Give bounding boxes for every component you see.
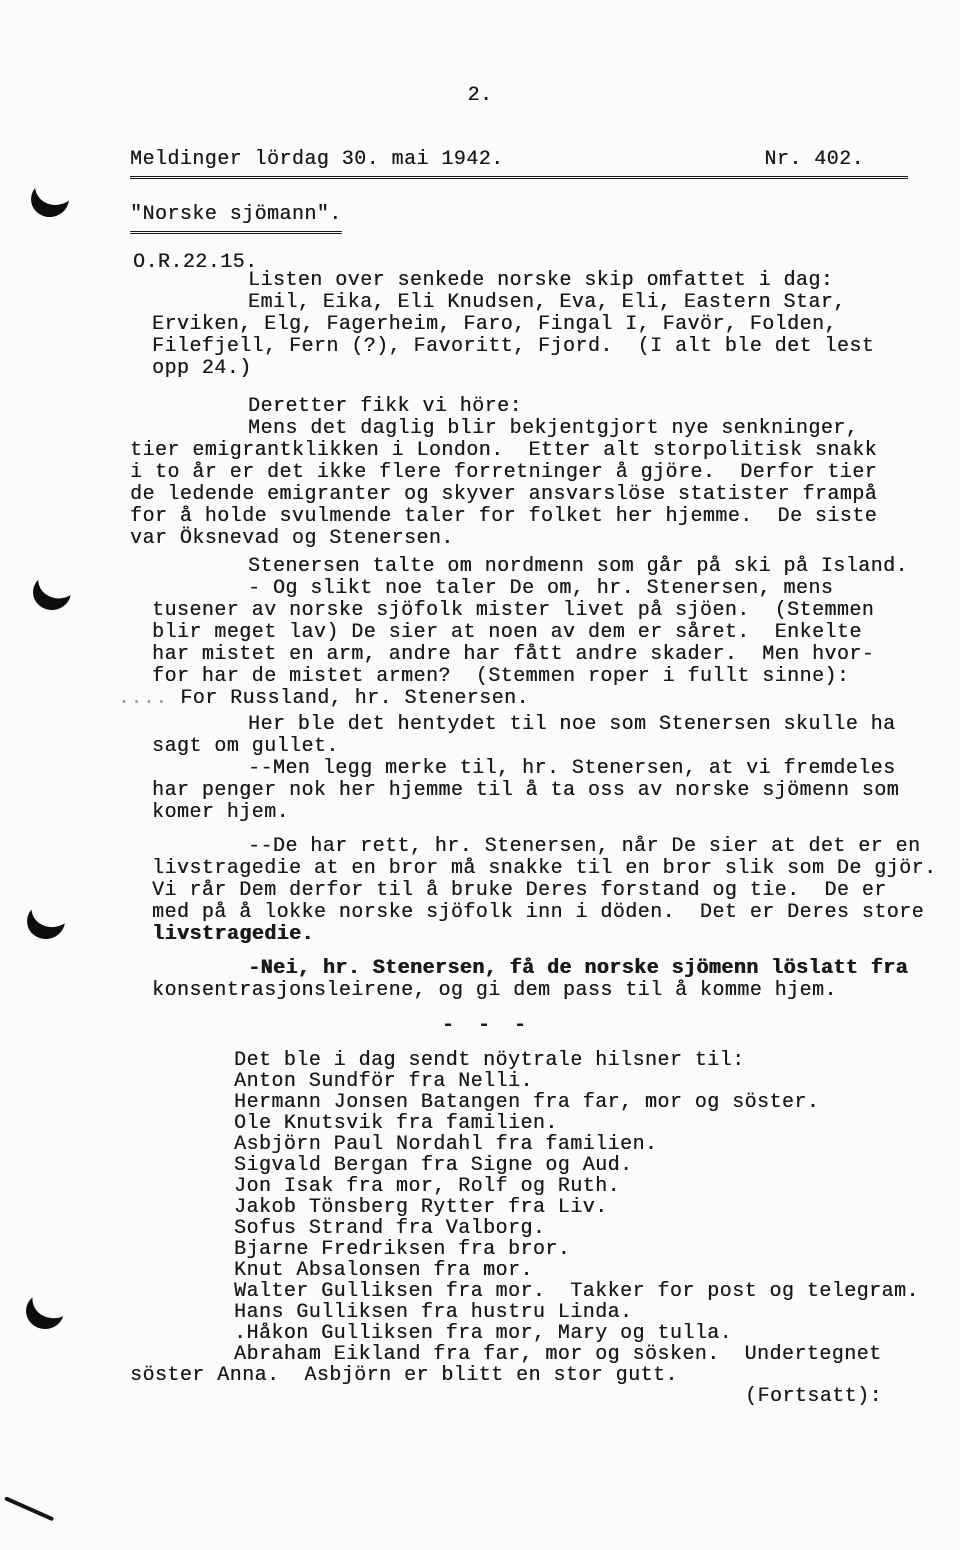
text-line: opp 24.) — [130, 358, 930, 380]
text-line: for har de mistet armen? (Stemmen roper … — [130, 666, 930, 688]
text-line: Emil, Eika, Eli Knudsen, Eva, Eli, Easte… — [130, 292, 930, 314]
margin-crescent-mark — [25, 901, 67, 941]
paragraph-greetings-list: Det ble i dag sendt nöytrale hilsner til… — [130, 1050, 930, 1386]
text-line: söster Anna. Asbjörn er blitt en stor gu… — [130, 1365, 930, 1386]
scanned-document-page: 2. Meldinger lördag 30. mai 1942. Nr. 40… — [0, 0, 960, 1550]
text-line: sagt om gullet. — [130, 736, 930, 758]
document-header: Meldinger lördag 30. mai 1942. Nr. 402. — [130, 148, 908, 179]
text-line: for å holde svulmende taler for folket h… — [130, 506, 930, 528]
text-line: Jon Isak fra mor, Rolf og Ruth. — [130, 1176, 930, 1197]
text-line: - Og slikt noe taler De om, hr. Stenerse… — [130, 578, 930, 600]
text-line: --Men legg merke til, hr. Stenersen, at … — [130, 758, 930, 780]
text-line: Mens det daglig blir bekjentgjort nye se… — [130, 418, 930, 440]
text-line: Anton Sundför fra Nelli. — [130, 1071, 930, 1092]
text-line: med på å lokke norske sjöfolk inn i döde… — [130, 902, 930, 924]
marginal-dots: .... — [118, 687, 168, 710]
text-line: har penger nok her hjemme til å ta oss a… — [130, 780, 930, 802]
text-line: tier emigrantklikken i London. Etter alt… — [130, 440, 930, 462]
text-line: Listen over senkede norske skip omfattet… — [130, 270, 930, 292]
paragraph-stenersen-speech: Stenersen talte om nordmenn som går på s… — [130, 556, 930, 710]
section-separator: - - - — [442, 1014, 532, 1037]
text-line: blir meget lav) De sier at noen av dem e… — [130, 622, 930, 644]
text-line: Sigvald Bergan fra Signe og Aud. — [130, 1155, 930, 1176]
text-line: .Håkon Gulliksen fra mor, Mary og tulla. — [130, 1323, 930, 1344]
text-line: .... For Russland, hr. Stenersen. — [118, 688, 930, 710]
text-line: livstragedie at en bror må snakke til en… — [130, 858, 930, 880]
text-line: var Öksnevad og Stenersen. — [130, 528, 930, 550]
paragraph-gold: Her ble det hentydet til noe som Steners… — [130, 714, 930, 824]
text-line: Filefjell, Fern (?), Favoritt, Fjord. (I… — [130, 336, 930, 358]
pen-stroke-mark — [4, 1496, 54, 1521]
text-line: Erviken, Elg, Fagerheim, Faro, Fingal I,… — [130, 314, 930, 336]
header-title: Meldinger lördag 30. mai 1942. — [130, 148, 504, 171]
text-line: har mistet en arm, andre har fått andre … — [130, 644, 930, 666]
text-line: Abraham Eikland fra far, mor og sösken. … — [130, 1344, 930, 1365]
margin-crescent-mark — [32, 573, 72, 612]
text-line: Bjarne Fredriksen fra bror. — [130, 1239, 930, 1260]
page-number: 2. — [0, 84, 960, 107]
text-line: komer hjem. — [130, 802, 930, 824]
continuation-note: (Fortsatt): — [745, 1385, 882, 1408]
header-issue-number: Nr. 402. — [764, 148, 908, 171]
paragraph-life-tragedy: --De har rett, hr. Stenersen, når De sie… — [130, 836, 930, 946]
text-line: Her ble det hentydet til noe som Steners… — [130, 714, 930, 736]
paragraph-emigrants: Deretter fikk vi höre: Mens det daglig b… — [130, 396, 930, 550]
text-line: Walter Gulliksen fra mor. Takker for pos… — [130, 1281, 930, 1302]
section-title: "Norske sjömann". — [130, 203, 342, 234]
text-line: -Nei, hr. Stenersen, få de norske sjömen… — [130, 958, 930, 980]
text-line: de ledende emigranter og skyver ansvarsl… — [130, 484, 930, 506]
text-line: Hermann Jonsen Batangen fra far, mor og … — [130, 1092, 930, 1113]
text-line: Deretter fikk vi höre: — [130, 396, 930, 418]
text-line: Ole Knutsvik fra familien. — [130, 1113, 930, 1134]
text-line: Vi rår Dem derfor til å bruke Deres fors… — [130, 880, 930, 902]
text-line: tusener av norske sjöfolk mister livet p… — [130, 600, 930, 622]
text-line: i to år er det ikke flere forretninger å… — [130, 462, 930, 484]
text-line: Stenersen talte om nordmenn som går på s… — [130, 556, 930, 578]
margin-crescent-mark — [25, 1292, 64, 1329]
text-line: Hans Gulliksen fra hustru Linda. — [130, 1302, 930, 1323]
paragraph-sunk-ships: Listen over senkede norske skip omfattet… — [130, 270, 930, 380]
text-line: Knut Absalonsen fra mor. — [130, 1260, 930, 1281]
text-line: --De har rett, hr. Stenersen, når De sie… — [130, 836, 930, 858]
text-line: livstragedie. — [130, 924, 930, 946]
text-line: Jakob Tönsberg Rytter fra Liv. — [130, 1197, 930, 1218]
paragraph-appeal: -Nei, hr. Stenersen, få de norske sjömen… — [130, 958, 930, 1002]
margin-crescent-mark — [28, 178, 71, 220]
text-line: konsentrasjonsleirene, og gi dem pass ti… — [130, 980, 930, 1002]
text-line: Sofus Strand fra Valborg. — [130, 1218, 930, 1239]
text-line: Det ble i dag sendt nöytrale hilsner til… — [130, 1050, 930, 1071]
text-line: Asbjörn Paul Nordahl fra familien. — [130, 1134, 930, 1155]
